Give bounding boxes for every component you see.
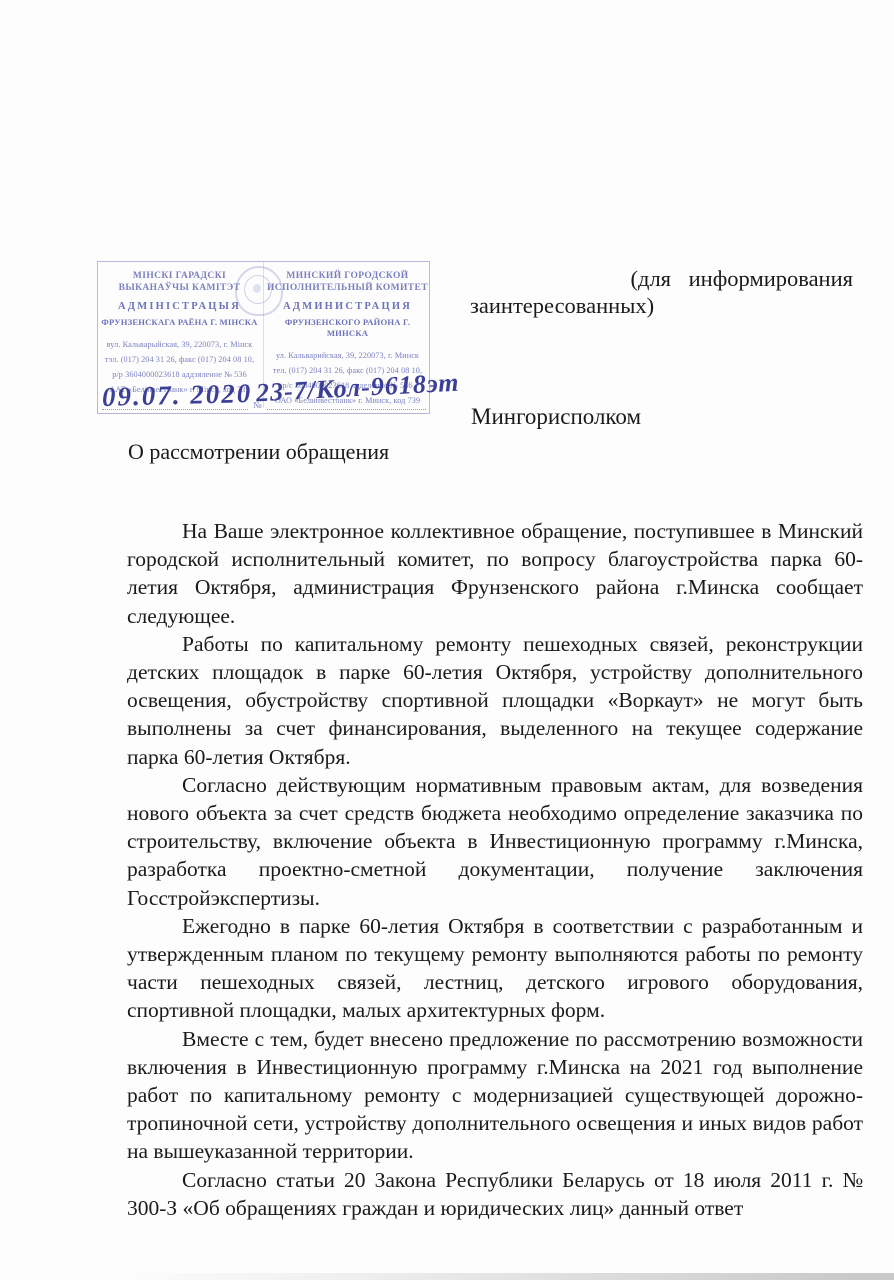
letterhead-stamp: МІНСКІ ГАРАДСКІ ВЫКАНАЎЧЫ КАМІТЭТ АДМІНІ… [97, 261, 430, 414]
document-paragraph: Ежегодно в парке 60-летия Октября в соот… [127, 912, 863, 1025]
scan-artifact [0, 1273, 894, 1280]
phone-line: тэл. (017) 204 31 26, факс (017) 204 08 … [98, 352, 261, 367]
addressee: Мингорисполком [471, 404, 641, 430]
phone-line: тел. (017) 204 31 26, факс (017) 204 08 … [266, 363, 429, 378]
emblem-core [253, 284, 261, 293]
date-write-line [102, 397, 248, 410]
recipient-note-line: (для информирования [470, 265, 862, 292]
document-paragraph: Согласно действующим нормативным правовы… [127, 771, 863, 912]
emblem-icon [229, 264, 287, 316]
account-line: р/р 3604000023618 аддзяленне № 536 [98, 367, 261, 382]
district-title: ФРУНЗЕНСКОГО РАЙОНА Г. МИНСКА [266, 317, 429, 339]
scanned-letter-page: МІНСКІ ГАРАДСКІ ВЫКАНАЎЧЫ КАМІТЭТ АДМІНІ… [0, 0, 894, 1280]
document-paragraph: Работы по капитальному ремонту пешеходны… [127, 630, 863, 771]
account-line: р/с 3604000023618 отделение № 536 [266, 378, 429, 393]
bank-line: ААТ «Белінвестбанк» г. Мінск, код 739 [98, 382, 261, 397]
document-paragraph: Вместе с тем, будет внесено предложение … [127, 1025, 863, 1166]
subject-line: О рассмотрении обращения [128, 439, 389, 465]
letterhead-russian: МИНСКИЙ ГОРОДСКОЙ ИСПОЛНИТЕЛЬНЫЙ КОМИТЕТ… [264, 262, 429, 408]
address-line: ул. Кальварийская, 39, 220073, г. Минск [266, 348, 429, 363]
date-number-form-row: № [102, 397, 426, 410]
letter-body: На Ваше электронное коллективное обращен… [127, 517, 863, 1222]
document-paragraph: Согласно статьи 20 Закона Республики Бел… [127, 1166, 863, 1222]
address-line: вул. Кальварыйская, 39, 220073, г. Мінск [98, 337, 261, 352]
recipient-note-line: заинтересованных) [470, 292, 862, 319]
address-block: вул. Кальварыйская, 39, 220073, г. Мінск… [98, 337, 261, 397]
document-paragraph: На Ваше электронное коллективное обращен… [127, 517, 863, 630]
number-write-line [267, 397, 426, 410]
admin-title: АДМИНИСТРАЦИЯ [266, 301, 429, 313]
recipient-note: (для информирования заинтересованных) [470, 265, 862, 319]
org-name-line: ИСПОЛНИТЕЛЬНЫЙ КОМИТЕТ [266, 282, 429, 294]
district-title: ФРУНЗЕНСКАГА РАЁНА Г. МІНСКА [98, 317, 261, 328]
org-name-line: МИНСКИЙ ГОРОДСКОЙ [266, 270, 429, 282]
number-sign: № [253, 400, 262, 410]
